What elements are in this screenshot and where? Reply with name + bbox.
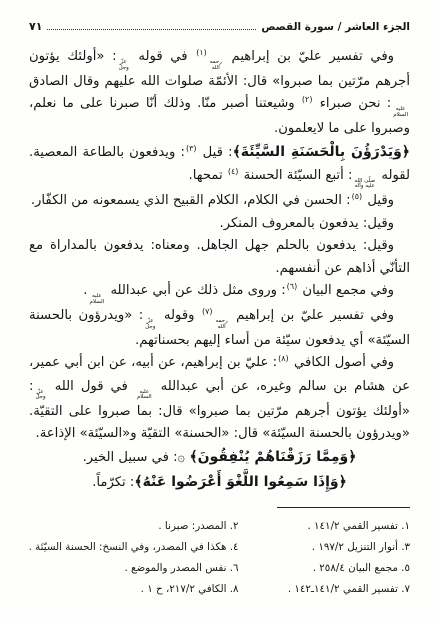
text-run: وقيل	[363, 193, 394, 208]
footnotes-column-right: ١. تفسير القمي ١٤١/٢ .٣. أنوار التنزيل ١…	[239, 516, 410, 600]
quran-verse: ﴿وَيَدْرَؤُنَ بِالْحَسَنَةِ السَّيِّئَةَ…	[233, 144, 410, 160]
book-page: الجزء العاشر / سورة القصص ٧١ وفي تفسير ع…	[0, 0, 439, 618]
footnote-item: ٧. تفسير القمي ١٤١/٢ـ١٤٢ .	[239, 579, 410, 600]
footnotes-column-left: ٢. المصدر: صبرنا .٤. هكذا في المصدر، وفي…	[29, 516, 239, 600]
text-run: في قول الله	[48, 379, 135, 394]
footnote-item: ٨. الكافي ٢١٧/٢، ح ١ .	[31, 579, 239, 600]
quran-verse-line: ﴿وَمِمَّا رَزَقْنَاهُمْ يُنْفِقُونَ﴾ ۞: …	[29, 446, 410, 469]
header-title: الجزء العاشر / سورة القصص	[261, 21, 410, 33]
text-run: .	[83, 283, 87, 298]
paragraph: وقيل: يدفعون بالمعروف المنكر.	[29, 213, 410, 235]
text-run: وقوله	[157, 308, 201, 323]
paragraph: وقيل: يدفعون بالحلم جهل الجاهل. ومعناه: …	[29, 235, 410, 280]
footnote-marker: (٢)	[302, 95, 313, 104]
paragraph: وفي أصول الكافي (٨): عليّ بن إبراهيم، عن…	[29, 352, 410, 445]
rahimahullah-symbol: رحمهالله	[216, 319, 228, 330]
quran-verse: ﴿وَإِذَا سَمِعُوا اللَّغْوَ أَعْرَضُوا ع…	[134, 474, 346, 490]
footnote-marker: (٧)	[202, 307, 213, 316]
footnote-marker: (٣)	[186, 144, 197, 153]
footnotes-section: ١. تفسير القمي ١٤١/٢ .٣. أنوار التنزيل ١…	[29, 516, 410, 600]
text-run: في قوله	[131, 49, 195, 64]
text-run: وقيل: يدفعون بالحلم جهل الجاهل. ومعناه: …	[29, 238, 410, 275]
text-run: : أتبع السيّئة الحسنة	[239, 168, 352, 183]
text-run: وفي تفسير عليّ بن إبراهيم	[230, 308, 394, 323]
paragraph: وقيل (٥): الحسن في الكلام، الكلام القبيح…	[29, 190, 410, 213]
text-run: : نحن صبراء	[313, 96, 391, 111]
azza-wa-jall-symbol: عزّوجلّ	[35, 390, 45, 401]
text-run: : تكرّماً.	[92, 475, 134, 490]
header-dotted-leader	[47, 29, 256, 30]
alayhis-salam-symbol: عليهالسلام	[89, 294, 104, 305]
footnote-item: ٦. نفس المصدر والموضع .	[31, 558, 239, 579]
footnote-item: ٥. مجمع البيان ٢٥٨/٤ .	[239, 558, 410, 579]
footnote-marker: (٤)	[228, 167, 239, 176]
sallallahu-alayhi-waalihi-symbol: صلّى اللهعليه وآله	[354, 179, 375, 190]
footnote-item: ٢. المصدر: صبرنا .	[31, 516, 239, 537]
paragraph: وفي تفسير عليّ بن إبراهيم رحمهالله(١) في…	[29, 46, 410, 141]
page-header: الجزء العاشر / سورة القصص ٧١	[29, 20, 410, 33]
rahimahullah-symbol: رحمهالله	[210, 60, 222, 71]
footnote-marker: (٦)	[287, 282, 298, 291]
paragraph: ﴿وَيَدْرَؤُنَ بِالْحَسَنَةِ السَّيِّئَةَ…	[29, 141, 410, 190]
text-run: : قيل	[197, 145, 232, 160]
text-run: وفي مجمع البيان	[298, 283, 394, 298]
alayhis-salam-symbol: عليهالسلام	[137, 390, 152, 401]
azza-wa-jall-symbol: عزّوجلّ	[119, 60, 129, 71]
text-run: تمحها.	[189, 168, 227, 183]
paragraph: وفي تفسير عليّ بن إبراهيم رحمهالله(٧) وق…	[29, 305, 410, 352]
alayhis-salam-symbol: عليهالسلام	[393, 107, 408, 118]
paragraph: وفي مجمع البيان (٦): وروى مثل ذلك عن أبي…	[29, 280, 410, 305]
quran-verse: ﴿وَمِمَّا رَزَقْنَاهُمْ يُنْفِقُونَ﴾	[189, 449, 356, 465]
footnote-marker: (٨)	[278, 354, 289, 363]
footnote-marker: (٥)	[352, 192, 363, 201]
text-run: : وروى مثل ذلك عن أبي عبدالله	[106, 283, 285, 298]
text-run: وقيل: يدفعون بالمعروف المنكر.	[220, 216, 394, 231]
azza-wa-jall-symbol: عزّوجلّ	[145, 319, 155, 330]
footnote-separator	[277, 507, 410, 508]
quran-verse-line: ﴿وَإِذَا سَمِعُوا اللَّغْوَ أَعْرَضُوا ع…	[29, 471, 410, 494]
text-run: ۞: في سبيل الخير.	[83, 450, 190, 465]
footnote-item: ٣. أنوار التنزيل ١٩٧/٢ .	[239, 537, 410, 558]
footnote-marker: (١)	[196, 48, 207, 57]
text-run: : الحسن في الكلام، الكلام القبيح الذي يس…	[31, 193, 351, 208]
text-run: وفي أصول الكافي	[290, 355, 394, 370]
body-text: وفي تفسير عليّ بن إبراهيم رحمهالله(١) في…	[29, 46, 410, 494]
page-number: ٧١	[29, 20, 42, 33]
footnote-item: ١. تفسير القمي ١٤١/٢ .	[239, 516, 410, 537]
footnote-item: ٤. هكذا في المصدر، وفي النسخ: الحسنة الس…	[31, 537, 239, 558]
text-run: وفي تفسير عليّ بن إبراهيم	[224, 49, 394, 64]
